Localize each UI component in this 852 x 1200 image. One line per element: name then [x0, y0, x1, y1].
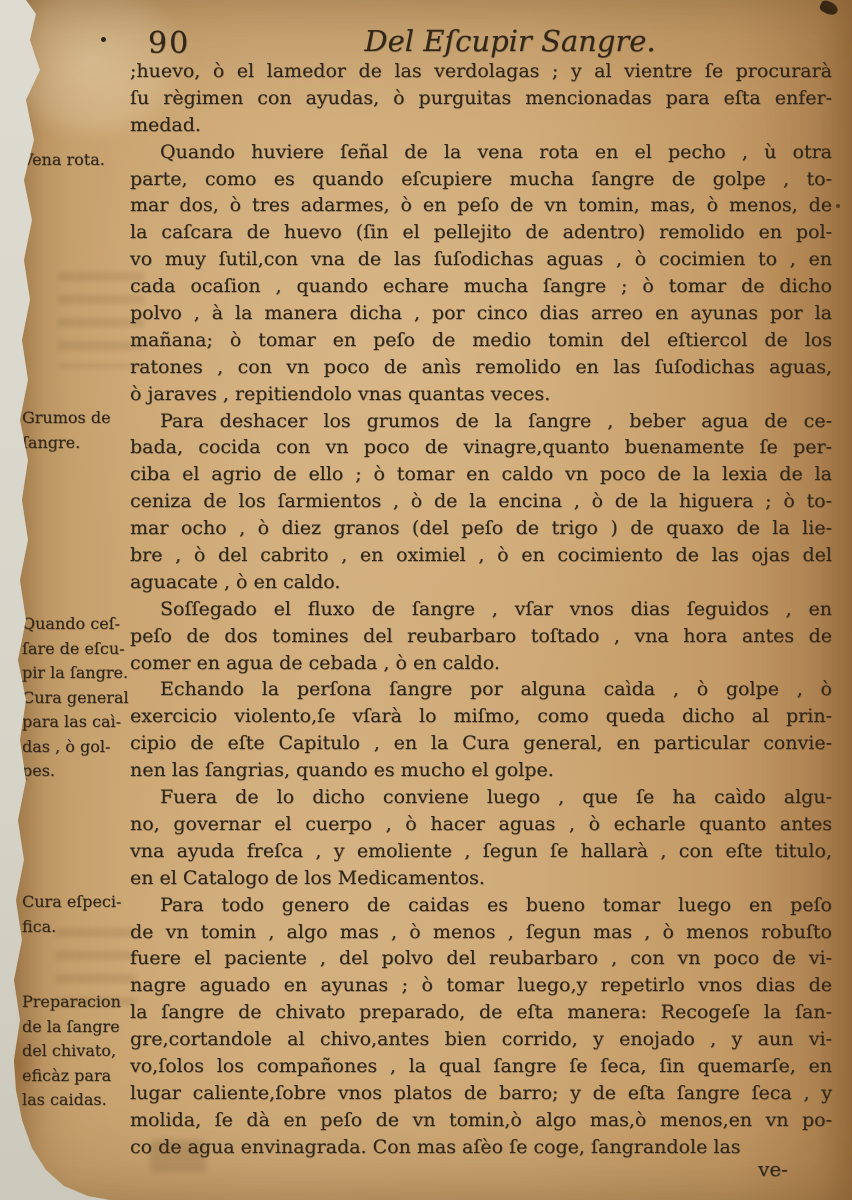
margin-note: Preparacionde la ſangredel chivato,eficà…: [22, 990, 128, 1113]
text-line: ò jaraves , repitiendolo vnas quantas ve…: [130, 381, 832, 408]
text-line: vna ayuda freſca , y emoliente , ſegun ſ…: [130, 838, 832, 865]
text-line: molida, ſe dà en peſo de vn tomin,ò algo…: [130, 1107, 832, 1134]
ink-speck: [836, 204, 840, 208]
text-line: polvo , à la manera dicha , por cinco di…: [130, 300, 832, 327]
text-line: ratones , con vn poco de anìs remolido e…: [130, 354, 832, 381]
text-line: mar dos, ò tres adarmes, ò en peſo de vn…: [130, 192, 832, 219]
text-line: la ſangre de chivato preparado, de eſta …: [130, 999, 832, 1026]
body-text: ;huevo, ò el lamedor de las verdolagas ;…: [130, 58, 832, 1161]
text-line: en el Catalogo de los Medicamentos.: [130, 865, 832, 892]
margin-note: Quando ceſ-ſare de eſcu-pir la ſangre.Cu…: [22, 612, 128, 784]
text-line: ciba el agrio de ello ; ò tomar en caldo…: [130, 461, 832, 488]
text-line: Para deshacer los grumos de la ſangre , …: [130, 408, 832, 435]
text-line: parte, como es quando eſcupiere mucha ſa…: [130, 166, 832, 193]
text-line: aguacate , ò en caldo.: [130, 569, 832, 596]
text-line: no, governar el cuerpo , ò hacer aguas ,…: [130, 811, 832, 838]
catchword: ve-: [730, 1157, 816, 1181]
ink-speck: [818, 0, 839, 17]
margin-note: Vena rota.: [22, 148, 128, 173]
text-line: medad.: [130, 112, 832, 139]
text-line: cada ocaſion , quando echare mucha ſangr…: [130, 273, 832, 300]
margin-note: Cura eſpeci-fica.: [22, 890, 128, 939]
text-line: bada, cocida con vn poco de vinagre,quan…: [130, 434, 832, 461]
text-line: Para todo genero de caidas es bueno toma…: [130, 892, 832, 919]
text-line: ceniza de los ſarmientos , ò de la encin…: [130, 488, 832, 515]
text-line: vo muy ſutil,con vna de las ſuſodichas a…: [130, 246, 832, 273]
margin-note: Grumos deſangre.: [22, 406, 128, 455]
text-line: Echando la perſona ſangre por alguna caì…: [130, 676, 832, 703]
text-line: bre , ò del cabrito , en oximiel , ò en …: [130, 542, 832, 569]
book-page: 90 Del Eſcupir Sangre. ;huevo, ò el lame…: [0, 0, 852, 1200]
text-line: ſu règimen con ayudas, ò purguitas menci…: [130, 85, 832, 112]
running-header-title: Del Eſcupir Sangre.: [364, 24, 655, 58]
text-line: cipio de eſte Capitulo , en la Cura gene…: [130, 730, 832, 757]
text-line: gre,cortandole al chivo,antes bien corri…: [130, 1026, 832, 1053]
text-line: fuere el paciente , del polvo del reubar…: [130, 945, 832, 972]
text-line: ;huevo, ò el lamedor de las verdolagas ;…: [130, 58, 832, 85]
text-line: Soſſegado el fluxo de ſangre , vſar vnos…: [130, 596, 832, 623]
text-line: la caſcara de huevo (ſin el pellejito de…: [130, 219, 832, 246]
text-line: mañana; ò tomar en peſo de medio tomin d…: [130, 327, 832, 354]
text-line: comer en agua de cebada , ò en caldo.: [130, 650, 832, 677]
text-line: nagre aguado en ayunas ; ò tomar luego,y…: [130, 972, 832, 999]
text-line: peſo de dos tomines del reubarbaro toſta…: [130, 623, 832, 650]
text-line: Fuera de lo dicho conviene luego , que ſ…: [130, 784, 832, 811]
text-line: Quando huviere ſeñal de la vena rota en …: [130, 139, 832, 166]
text-line: de vn tomin , algo mas , ò menos , ſegun…: [130, 919, 832, 946]
text-line: nen las ſangrias, quando es mucho el gol…: [130, 757, 832, 784]
page-number: 90: [148, 26, 190, 61]
text-line: mar ocho , ò diez granos (del peſo de tr…: [130, 515, 832, 542]
text-line: exercicio violento,ſe vſarà lo miſmo, co…: [130, 703, 832, 730]
text-line: co de agua envinagrada. Con mas aſèo ſe …: [130, 1134, 832, 1161]
text-line: vo,ſolos los compañones , la qual ſangre…: [130, 1053, 832, 1080]
text-line: lugar caliente,ſobre vnos platos de barr…: [130, 1080, 832, 1107]
ink-speck: [101, 37, 106, 42]
